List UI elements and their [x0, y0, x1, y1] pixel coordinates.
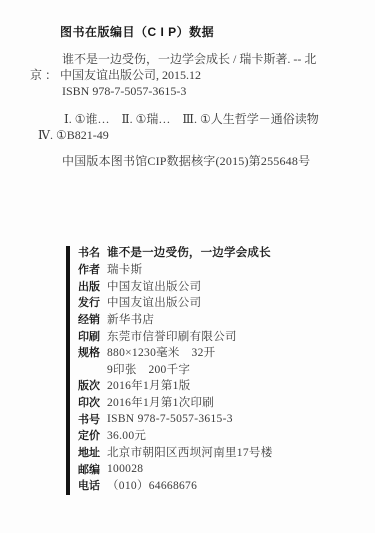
vertical-rule — [66, 246, 70, 495]
cip-classification-line-2: Ⅳ. ①B821-49 — [38, 128, 109, 142]
table-row-distributor: 发行 中国友谊出版公司 — [78, 294, 273, 311]
cip-registry-number: 中国版本图书馆CIP数据核字(2015)第255648号 — [62, 154, 310, 168]
row-value: 36.00元 — [107, 427, 146, 443]
table-row-format: 规格 880×1230毫米 32开 — [78, 344, 273, 361]
row-label: 书名 — [78, 244, 107, 260]
row-value: 中国友谊出版公司 — [107, 294, 201, 310]
row-value: 东莞市信誉印刷有限公司 — [107, 328, 237, 344]
row-value: 100028 — [107, 463, 143, 475]
row-value: 中国友谊出版公司 — [107, 278, 201, 294]
table-row-isbn: 书号 ISBN 978-7-5057-3615-3 — [78, 410, 273, 427]
row-value: 9印张 200千字 — [107, 361, 190, 377]
colophon-rows: 书名 谁不是一边受伤，一边学会成长 作者 瑞卡斯 出版 中国友谊出版公司 发行 … — [78, 244, 273, 494]
row-value: 谁不是一边受伤，一边学会成长 — [107, 244, 271, 260]
cip-record-line-1: 谁不是一边受伤，一边学会成长 / 瑞卡斯著. -- 北 — [62, 52, 316, 66]
table-row-phone: 电话 （010）64668676 — [78, 477, 273, 494]
table-row-publisher: 出版 中国友谊出版公司 — [78, 277, 273, 294]
row-value: 新华书店 — [107, 311, 154, 327]
row-value: 880×1230毫米 32开 — [107, 344, 215, 360]
table-row-postcode: 邮编 100028 — [78, 460, 273, 477]
table-row-printer: 印刷 东莞市信誉印刷有限公司 — [78, 327, 273, 344]
table-row-author: 作者 瑞卡斯 — [78, 261, 273, 278]
cip-classification-line-1: Ⅰ. ①谁… Ⅱ. ①瑞… Ⅲ. ①人生哲学－通俗读物 — [64, 112, 319, 126]
row-value: 2016年1月第1次印刷 — [107, 394, 214, 410]
row-value: （010）64668676 — [107, 477, 197, 493]
row-label: 定价 — [78, 427, 107, 443]
row-label: 邮编 — [78, 461, 107, 477]
row-label: 电话 — [78, 477, 107, 493]
row-label: 版次 — [78, 377, 107, 393]
row-value: 北京市朝阳区西坝河南里17号楼 — [107, 444, 273, 460]
cip-record-isbn: ISBN 978-7-5057-3615-3 — [62, 84, 186, 98]
colophon-table: 书名 谁不是一边受伤，一边学会成长 作者 瑞卡斯 出版 中国友谊出版公司 发行 … — [66, 244, 273, 494]
row-label: 发行 — [78, 294, 107, 310]
cip-record-line-2: 京 ： 中国友谊出版公司, 2015.12 — [30, 68, 201, 82]
table-row-title: 书名 谁不是一边受伤，一边学会成长 — [78, 244, 273, 261]
row-value: 瑞卡斯 — [107, 261, 142, 277]
table-row-impression: 印次 2016年1月第1次印刷 — [78, 394, 273, 411]
row-label: 印刷 — [78, 328, 107, 344]
row-label: 印次 — [78, 394, 107, 410]
cip-data-heading: 图书在版编目（C I P）数据 — [60, 25, 214, 39]
table-row-address: 地址 北京市朝阳区西坝河南里17号楼 — [78, 444, 273, 461]
table-row-format-continued: 9印张 200千字 — [78, 360, 273, 377]
row-label: 作者 — [78, 261, 107, 277]
table-row-price: 定价 36.00元 — [78, 427, 273, 444]
table-row-edition: 版次 2016年1月第1版 — [78, 377, 273, 394]
row-value: 2016年1月第1版 — [107, 377, 191, 393]
table-row-seller: 经销 新华书店 — [78, 311, 273, 328]
row-label: 规格 — [78, 344, 107, 360]
row-value: ISBN 978-7-5057-3615-3 — [107, 413, 233, 425]
row-label: 经销 — [78, 311, 107, 327]
row-label: 地址 — [78, 444, 107, 460]
row-label: 出版 — [78, 278, 107, 294]
row-label: 书号 — [78, 411, 107, 427]
book-copyright-page: 图书在版编目（C I P）数据 谁不是一边受伤，一边学会成长 / 瑞卡斯著. -… — [0, 0, 375, 533]
